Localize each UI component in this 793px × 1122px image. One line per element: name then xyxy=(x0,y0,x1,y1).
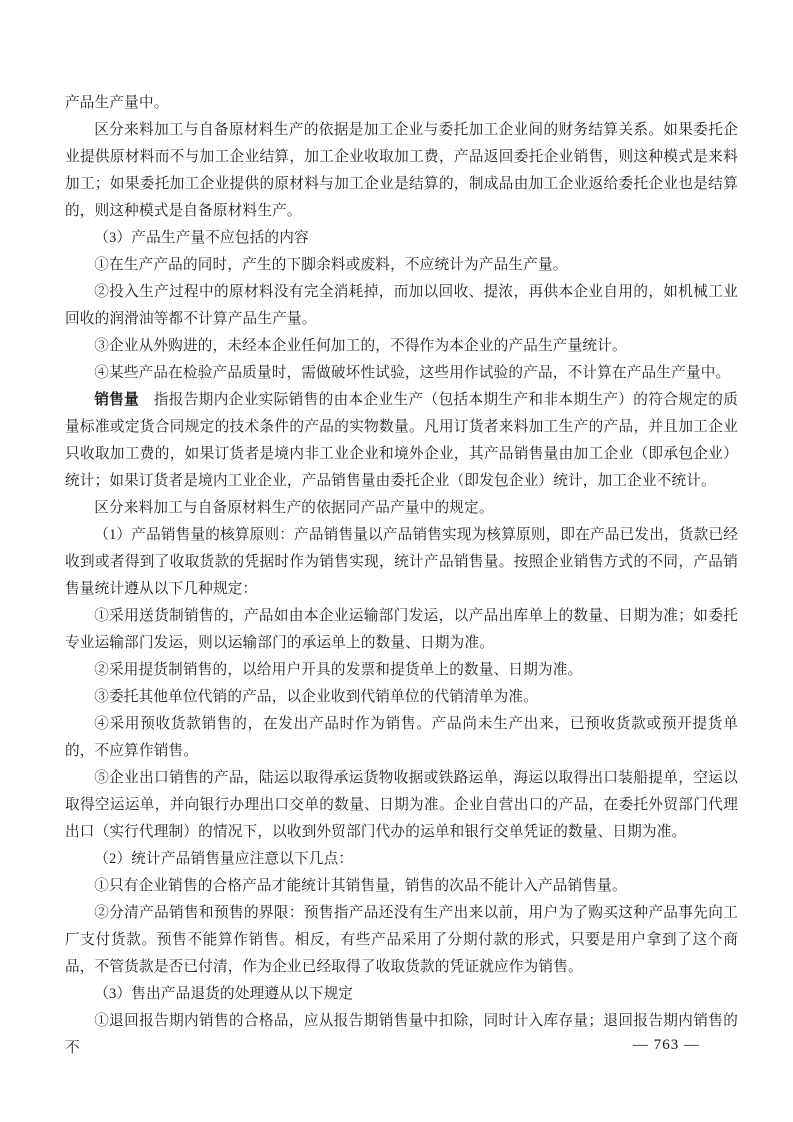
sales-rule-item-1-delivery-system: ①采用送货制销售的，产品如由本企业运输部门发运，以产品出库单上的数量、日期为准；… xyxy=(65,603,738,657)
sales-rule-item-3-consignment: ③委托其他单位代销的产品，以企业收到代销单位的代销清单为准。 xyxy=(65,684,738,711)
sales-rule-item-4-advance-payment: ④采用预收货款销售的，在发出产品时作为销售。产品尚未生产出来，已预收货款或预开提… xyxy=(65,711,738,765)
paragraph-sales-volume-definition: 销售量指报告期内企业实际销售的由本企业生产（包括本期生产和非本期生产）的符合规定… xyxy=(65,387,738,495)
heading-item-3-production-exclusions: （3）产品生产量不应包括的内容 xyxy=(65,225,738,252)
page-body-text: 产品生产量中。 区分来料加工与自备原材料生产的依据是加工企业与委托加工企业间的财… xyxy=(65,90,738,1062)
exclusion-item-3-purchased-unprocessed: ③企业从外购进的，未经本企业任何加工的，不得作为本企业的产品生产量统计。 xyxy=(65,333,738,360)
paragraph-1-sales-accounting-principle: （1）产品销售量的核算原则：产品销售量以产品销售实现为核算原则，即在产品已发出，… xyxy=(65,522,738,603)
sales-rule-item-2-pickup-system: ②采用提货制销售的，以给用户开具的发票和提货单上的数量、日期为准。 xyxy=(65,657,738,684)
term-sales-volume: 销售量 xyxy=(94,392,139,408)
paragraph-continuation-from-previous-page: 产品生产量中。 xyxy=(65,90,738,117)
sales-volume-definition-text: 指报告期内企业实际销售的由本企业生产（包括本期生产和非本期生产）的符合规定的质量… xyxy=(65,392,738,489)
page-number: — 763 — xyxy=(633,1035,700,1055)
heading-item-2-sales-statistics-notes: （2）统计产品销售量应注意以下几点： xyxy=(65,846,738,873)
exclusion-item-4-destructive-testing: ④某些产品在检验产品质量时，需做破坏性试验，这些用作试验的产品，不计算在产品生产… xyxy=(65,360,738,387)
paragraph-processing-vs-own-materials-basis: 区分来料加工与自备原材料生产的依据是加工企业与委托加工企业间的财务结算关系。如果… xyxy=(65,117,738,225)
heading-item-3-returns-handling: （3）售出产品退货的处理遵从以下规定 xyxy=(65,981,738,1008)
document-page: 产品生产量中。 区分来料加工与自备原材料生产的依据是加工企业与委托加工企业间的财… xyxy=(0,0,793,1122)
sales-note-1-qualified-products-only: ①只有企业销售的合格产品才能统计其销售量，销售的次品不能计入产品销售量。 xyxy=(65,873,738,900)
paragraph-same-basis-as-production: 区分来料加工与自备原材料生产的依据同产品产量中的规定。 xyxy=(65,495,738,522)
exclusion-item-1-scrap-waste: ①在生产产品的同时，产生的下脚余料或废料，不应统计为产品生产量。 xyxy=(65,252,738,279)
exclusion-item-2-recycled-materials: ②投入生产过程中的原材料没有完全消耗掉，而加以回收、提浓，再供本企业自用的，如机… xyxy=(65,279,738,333)
sales-rule-item-5-export-sales: ⑤企业出口销售的产品，陆运以取得承运货物收据或铁路运单，海运以取得出口装船提单，… xyxy=(65,765,738,846)
sales-note-2-presale-boundary: ②分清产品销售和预售的界限：预售指产品还没有生产出来以前，用户为了购买这种产品事… xyxy=(65,900,738,981)
